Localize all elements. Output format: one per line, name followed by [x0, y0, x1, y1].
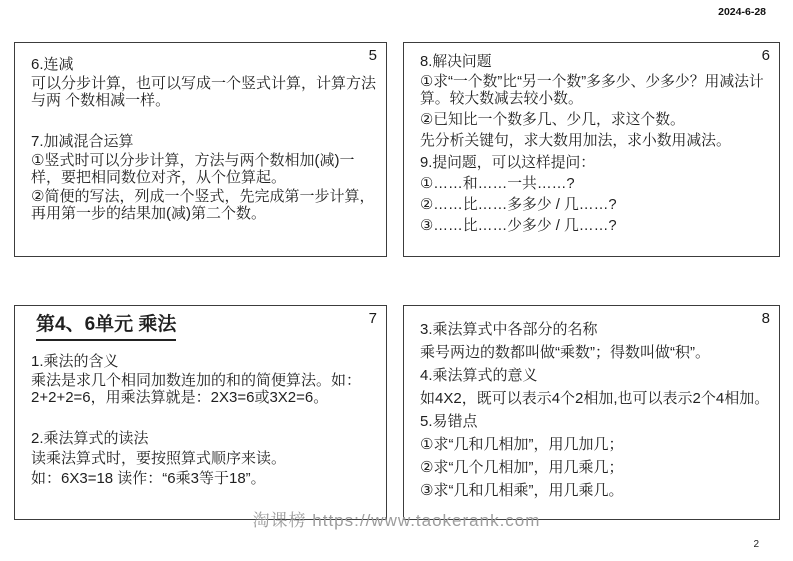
slide-5-heading-2: 7.加减混合运算 — [31, 133, 378, 150]
slide-6-heading-2: 9.提问题，可以这样提问： — [420, 155, 775, 172]
slide-8-number: 8 — [762, 310, 770, 327]
date-header: 2024-6-28 — [718, 6, 766, 18]
slide-8-paragraph-2: 如4X2，既可以表示4个2相加,也可以表示2个4相加。 — [420, 390, 773, 407]
slide-5-paragraph-1: 可以分步计算，也可以写成一个竖式计算，计算方法与两 个数相减一样。 — [31, 75, 378, 109]
slide-5-item-2: ②简便的写法，列成一个竖式，先完成第一步计算，再用第一步的结果加(减)第二个数。 — [31, 188, 378, 222]
slide-5-heading-1: 6.连减 — [31, 56, 378, 73]
slide-8-heading-3: 5.易错点 — [420, 413, 773, 430]
slide-7-content: 第4、6单元 乘法 1.乘法的含义 乘法是求几个相同加数连加的和的简便算法。如：… — [15, 306, 386, 487]
slide-8-heading-2: 4.乘法算式的意义 — [420, 367, 773, 384]
slide-8: 8 3.乘法算式中各部分的名称 乘号两边的数都叫做“乘数”；得数叫做“积”。 4… — [403, 305, 780, 520]
slide-6-question-3: ③……比……少多少 / 几……? — [420, 218, 775, 235]
slide-7-number: 7 — [369, 310, 377, 327]
slide-6-heading-1: 8.解决问题 — [420, 54, 775, 71]
slide-8-paragraph-1: 乘号两边的数都叫做“乘数”；得数叫做“积”。 — [420, 344, 773, 361]
slide-7-paragraph-2: 读乘法算式时，要按照算式顺序来读。 — [31, 450, 378, 467]
slide-6-paragraph-1: 先分析关键句，求大数用加法，求小数用减法。 — [420, 133, 775, 150]
slide-5-number: 5 — [369, 47, 377, 64]
page-number: 2 — [753, 539, 759, 550]
slide-8-content: 3.乘法算式中各部分的名称 乘号两边的数都叫做“乘数”；得数叫做“积”。 4.乘… — [404, 306, 779, 499]
slide-6: 6 8.解决问题 ①求“一个数”比“另一个数”多多少、少多少？用减法计算。较大数… — [403, 42, 780, 257]
slide-6-number: 6 — [762, 47, 770, 64]
document-page: 2024-6-28 5 6.连减 可以分步计算，也可以写成一个竖式计算，计算方法… — [0, 0, 793, 561]
slide-6-content: 8.解决问题 ①求“一个数”比“另一个数”多多少、少多少？用减法计算。较大数减去… — [404, 43, 779, 235]
slide-6-item-2: ②已知比一个数多几、少几，求这个数。 — [420, 112, 775, 129]
slide-6-item-1: ①求“一个数”比“另一个数”多多少、少多少？用减法计算。较大数减去较小数。 — [420, 74, 775, 108]
slide-8-item-3: ③求“几和几相乘”，用几乘几。 — [420, 482, 773, 499]
slide-5-content: 6.连减 可以分步计算，也可以写成一个竖式计算，计算方法与两 个数相减一样。 7… — [15, 43, 386, 222]
watermark: 淘课榜 https://www.taokerank.com — [253, 506, 541, 531]
slide-5: 5 6.连减 可以分步计算，也可以写成一个竖式计算，计算方法与两 个数相减一样。… — [14, 42, 387, 257]
slide-6-question-1: ①……和……一共……? — [420, 176, 775, 193]
slide-7: 7 第4、6单元 乘法 1.乘法的含义 乘法是求几个相同加数连加的和的简便算法。… — [14, 305, 387, 520]
slide-5-item-1: ①竖式时可以分步计算，方法与两个数相加(减)一样，要把相同数位对齐，从个位算起。 — [31, 152, 378, 186]
slide-8-item-1: ①求“几和几相加”，用几加几； — [420, 436, 773, 453]
slide-6-question-2: ②……比……多多少 / 几……? — [420, 197, 775, 214]
slide-7-heading-1: 1.乘法的含义 — [31, 353, 378, 370]
slide-8-heading-1: 3.乘法算式中各部分的名称 — [420, 321, 773, 338]
slide-7-paragraph-3: 如：6X3=18 读作：“6乘3等于18”。 — [31, 470, 378, 487]
slide-7-title: 第4、6单元 乘法 — [36, 314, 176, 341]
slide-7-heading-2: 2.乘法算式的读法 — [31, 430, 378, 447]
slide-7-paragraph-1: 乘法是求几个相同加数连加的和的简便算法。如：2+2+2=6，用乘法算就是：2X3… — [31, 372, 378, 406]
slide-8-item-2: ②求“几个几相加”，用几乘几； — [420, 459, 773, 476]
